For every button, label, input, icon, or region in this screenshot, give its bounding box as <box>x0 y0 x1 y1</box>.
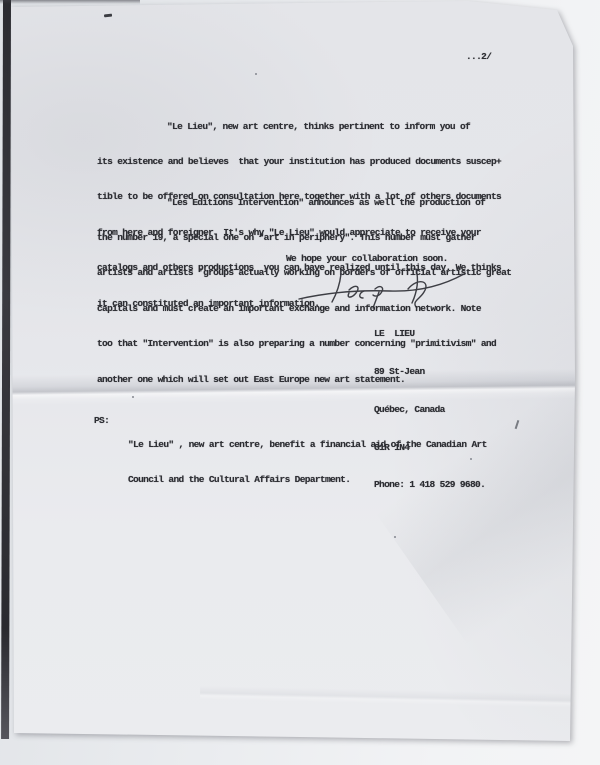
ps-text: "Le Lieu" , new art centre, benefit a fi… <box>128 415 487 509</box>
text-line: "Le Lieu", new art centre, thinks pertin… <box>97 121 501 133</box>
text-line: "Les Editions Intervention" announces as… <box>97 197 511 209</box>
text-line: Council and the Cultural Affairs Departm… <box>128 474 487 486</box>
text-line: the number 19, a special one on "art in … <box>97 232 511 244</box>
letter-photo: ...2/ "Le Lieu", new art centre, thinks … <box>0 0 600 765</box>
letter-page-wrap: ...2/ "Le Lieu", new art centre, thinks … <box>0 0 600 765</box>
address-line: 89 St-Jean <box>374 366 485 379</box>
text-line: "Le Lieu" , new art centre, benefit a fi… <box>128 439 487 451</box>
pen-dash-mark <box>104 14 112 17</box>
sender-name: LE LIEU <box>374 328 485 341</box>
letter-page: ...2/ "Le Lieu", new art centre, thinks … <box>0 0 600 765</box>
page-number: ...2/ <box>466 51 491 63</box>
fold-crease-faint <box>200 686 600 708</box>
ps-label: PS: <box>94 415 128 509</box>
text-line: its existence and believes that your ins… <box>97 156 501 168</box>
ink-speck <box>255 73 257 75</box>
postscript: PS: "Le Lieu" , new art centre, benefit … <box>94 415 487 509</box>
ink-speck <box>394 536 396 538</box>
